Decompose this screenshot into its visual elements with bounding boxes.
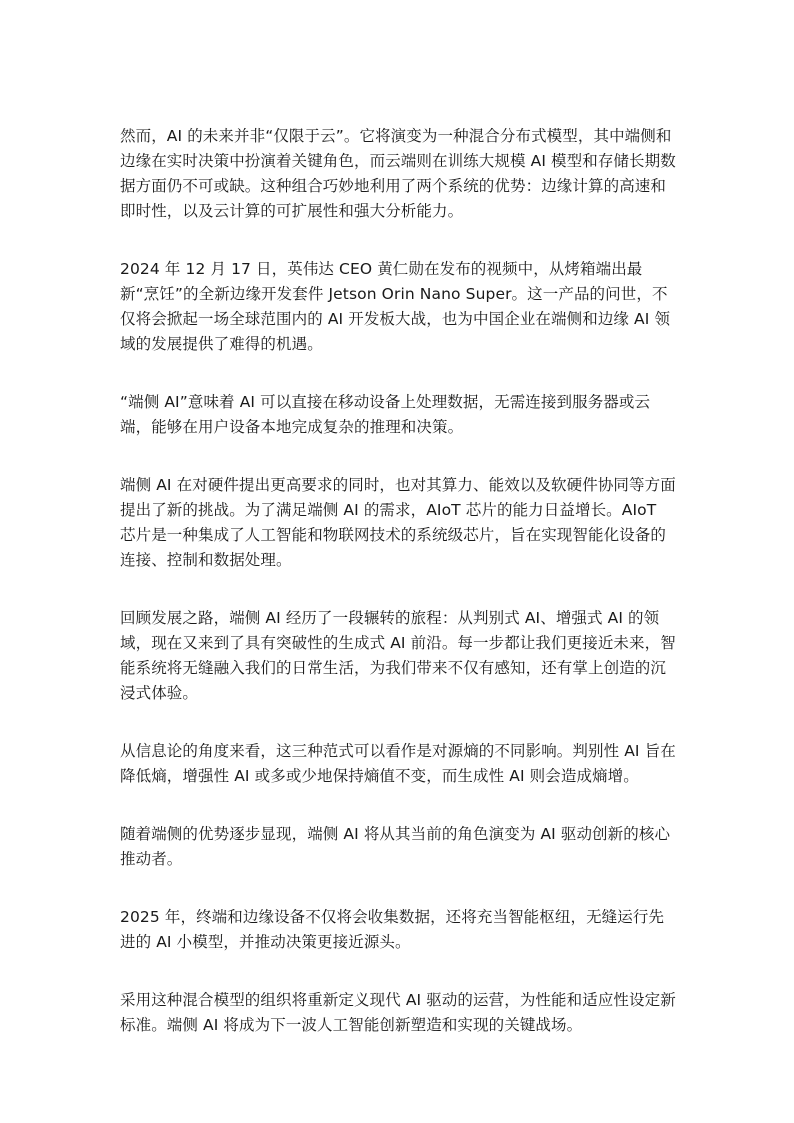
paragraph-2025-outlook: 2025 年，终端和边缘设备不仅将会收集数据，还将充当智能枢纽，无缝运行先进的 … — [120, 905, 676, 955]
paragraph-information-theory: 从信息论的角度来看，这三种范式可以看作是对源熵的不同影响。判别性 AI 旨在降低… — [120, 739, 676, 789]
paragraph-edge-advantage: 随着端侧的优势逐步显现，端侧 AI 将从其当前的角色演变为 AI 驱动创新的核心… — [120, 822, 676, 872]
paragraph-jetson-release: 2024 年 12 月 17 日，英伟达 CEO 黄仁勋在发布的视频中，从烤箱端… — [120, 257, 676, 357]
document-page: 然而，AI 的未来并非“仅限于云”。它将演变为一种混合分布式模型，其中端侧和边缘… — [120, 124, 676, 1071]
paragraph-edge-ai-definition: “端侧 AI”意味着 AI 可以直接在移动设备上处理数据，无需连接到服务器或云端… — [120, 390, 676, 440]
paragraph-aiot-chips: 端侧 AI 在对硬件提出更高要求的同时，也对其算力、能效以及软硬件协同等方面提出… — [120, 473, 676, 573]
paragraph-hybrid-model: 然而，AI 的未来并非“仅限于云”。它将演变为一种混合分布式模型，其中端侧和边缘… — [120, 124, 676, 224]
paragraph-conclusion: 采用这种混合模型的组织将重新定义现代 AI 驱动的运营，为性能和适应性设定新标准… — [120, 988, 676, 1038]
paragraph-development-journey: 回顾发展之路，端侧 AI 经历了一段辗转的旅程：从判别式 AI、增强式 AI 的… — [120, 606, 676, 706]
